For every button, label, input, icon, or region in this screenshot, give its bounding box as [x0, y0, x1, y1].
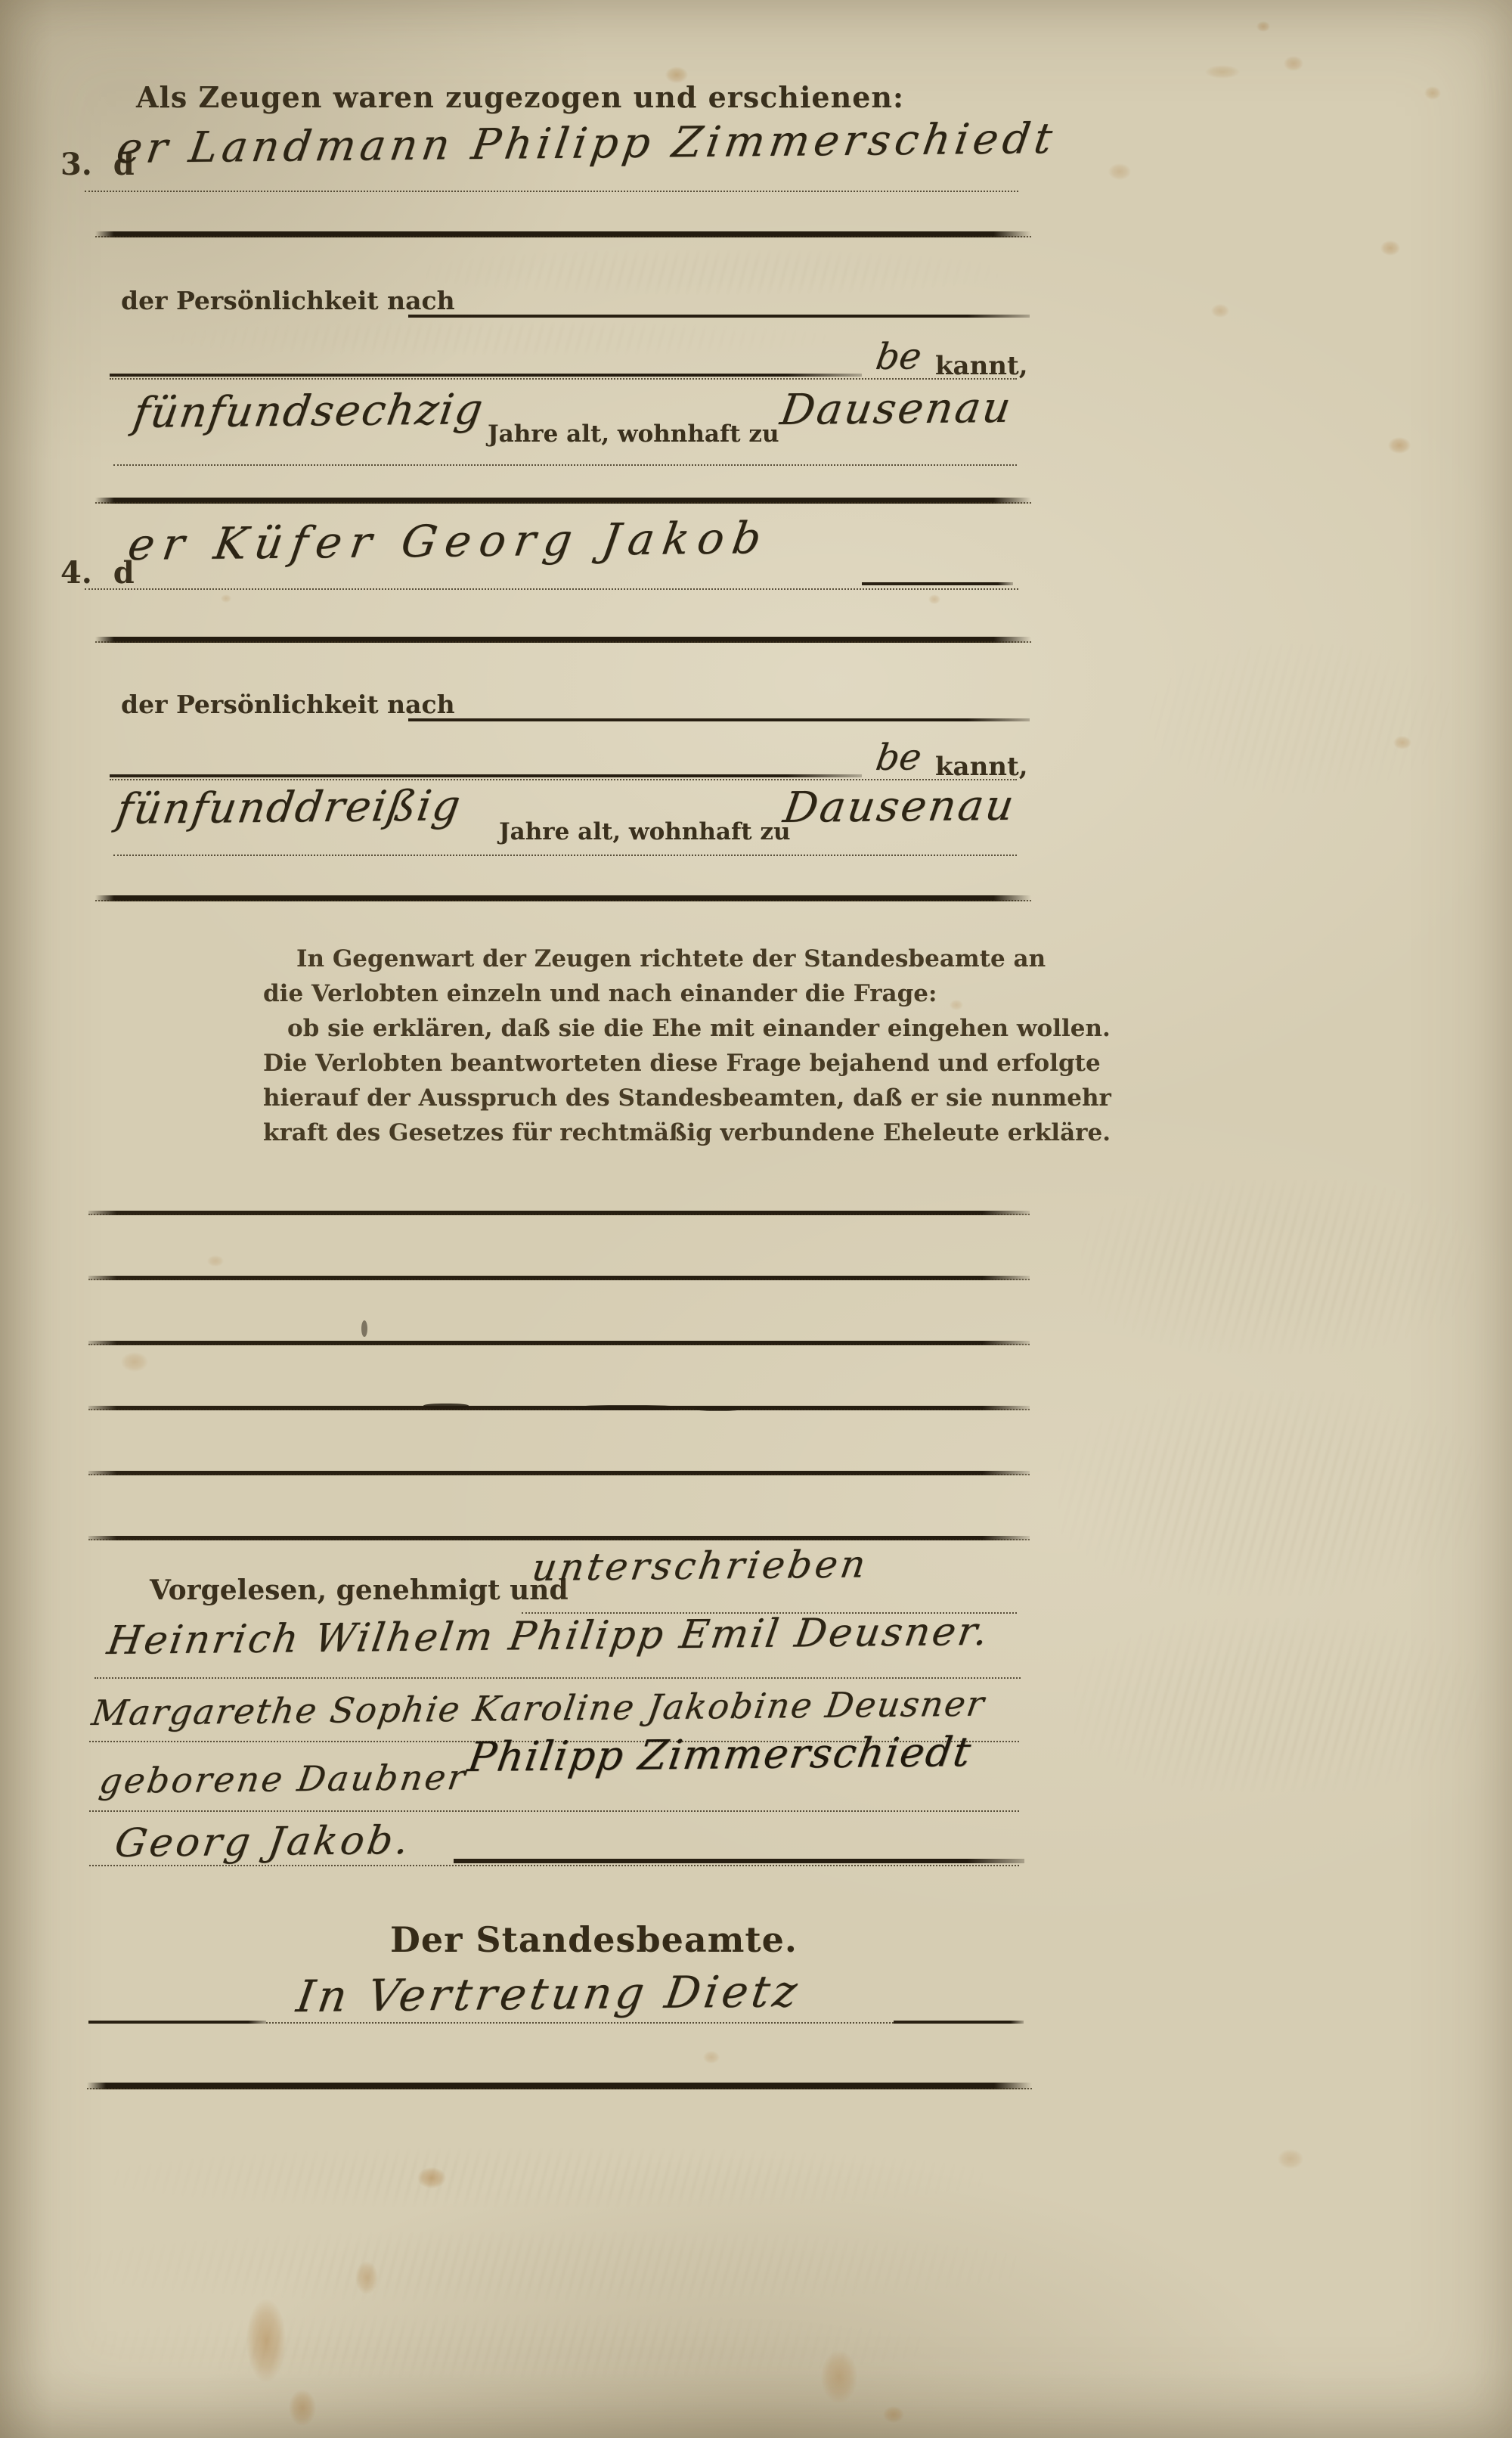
- stain: [221, 594, 231, 603]
- stain: [821, 2350, 857, 2403]
- stain: [1393, 736, 1411, 749]
- blank-rule: [862, 582, 1013, 585]
- declaration-line: hierauf der Ausspruch des Standesbeamten…: [263, 1084, 1111, 1112]
- signature-rule-solid: [88, 2021, 266, 2024]
- bleedthrough-ghost: [1074, 1618, 1482, 1792]
- blank-rule: [110, 374, 862, 377]
- declaration-line: ob sie erklären, daß sie die Ehe mit ein…: [287, 1015, 1111, 1042]
- witness-intro-heading: Als Zeugen waren zugezogen und erschiene…: [136, 80, 904, 114]
- signature-bride: Margarethe Sophie Karoline Jakobine Deus…: [89, 1683, 988, 1733]
- stain: [207, 1255, 224, 1267]
- stain: [703, 2051, 720, 2064]
- stain: [121, 1352, 148, 1372]
- witness4-identity-label: der Persönlichkeit nach: [121, 690, 455, 719]
- blank-rule: [88, 1406, 1030, 1410]
- declaration-line: die Verlobten einzeln und nach einander …: [263, 980, 937, 1007]
- bleedthrough-ghost: [91, 2314, 922, 2378]
- signature-groom: Heinrich Wilhelm Philipp Emil Deusner.: [104, 1609, 993, 1664]
- entry-rule: [85, 588, 1018, 590]
- bleedthrough-ghost: [1149, 643, 1452, 794]
- signature-bride-birthname: geborene Daubner: [97, 1757, 469, 1801]
- bottom-rule: [87, 2083, 1032, 2089]
- declaration-line: In Gegenwart der Zeugen richtete der Sta…: [296, 945, 1046, 972]
- witness3-number-text: 3.: [60, 147, 92, 182]
- section-rule: [95, 498, 1031, 504]
- witness3-name-handwritten: er Landmann Philipp Zimmerschiedt: [113, 114, 1060, 173]
- witness3-known-handwritten: be: [873, 335, 925, 378]
- registry-document-page: Als Zeugen waren zugezogen und erschiene…: [0, 0, 1512, 2438]
- witness4-known-printed: kannt,: [935, 752, 1028, 782]
- blank-rule: [110, 774, 862, 777]
- witness3-residence-handwritten: Dausenau: [777, 383, 1016, 435]
- blank-rule: [88, 1276, 1030, 1280]
- declaration-line: kraft des Gesetzes für rechtmäßig verbun…: [263, 1119, 1111, 1146]
- witness4-residence-handwritten: Dausenau: [780, 781, 1019, 833]
- witness3-age-printed: Jahre alt, wohnhaft zu: [488, 420, 779, 448]
- witness3-age-handwritten: fünfundsechzig: [130, 385, 487, 438]
- blank-rule: [88, 1471, 1030, 1475]
- stain: [289, 2390, 316, 2426]
- stain: [928, 594, 940, 604]
- stain: [1108, 163, 1131, 180]
- signature-rule: [94, 1677, 1021, 1679]
- blank-rule-dotted: [110, 378, 1017, 380]
- stain: [883, 2406, 904, 2423]
- signature-rule-solid: [894, 2021, 1024, 2024]
- witness3-known-printed: kannt,: [935, 351, 1028, 381]
- witness4-name-handwritten: er Küfer Georg Jakob: [125, 512, 773, 570]
- section-rule: [95, 895, 1031, 901]
- stain: [417, 2167, 446, 2188]
- stain: [246, 2299, 286, 2382]
- bleedthrough-ghost: [113, 2148, 983, 2208]
- stain: [1380, 240, 1400, 256]
- blank-rule: [88, 1536, 1030, 1540]
- bleedthrough-ghost: [166, 321, 832, 356]
- signature-rule-solid: [454, 1859, 1024, 1863]
- blank-rule: [88, 1341, 1030, 1345]
- blank-rule: [408, 718, 1030, 721]
- stain: [1278, 2149, 1303, 2169]
- registrar-heading: Der Standesbeamte.: [390, 1919, 798, 1960]
- entry-rule: [113, 464, 1017, 466]
- section-rule: [95, 637, 1031, 643]
- blank-rule: [88, 1211, 1030, 1215]
- stain: [1256, 21, 1270, 32]
- stain: [1205, 65, 1240, 79]
- stain: [1424, 86, 1441, 100]
- stain: [1284, 56, 1303, 71]
- entry-rule: [85, 191, 1018, 192]
- witness4-known-handwritten: be: [873, 736, 925, 779]
- signature-witness4: Georg Jakob.: [112, 1818, 414, 1866]
- registrar-signature: In Vertretung Dietz: [293, 1965, 804, 2022]
- witness4-number: 4. d: [60, 555, 135, 591]
- declaration-line: Die Verlobten beantworteten diese Frage …: [263, 1050, 1101, 1077]
- blank-rule-dotted: [110, 779, 1017, 780]
- witness4-age-handwritten: fünfunddreißig: [113, 781, 465, 834]
- witness4-number-text: 4.: [60, 555, 92, 591]
- ink-mark: [361, 1320, 367, 1337]
- stain: [1388, 437, 1411, 454]
- bleedthrough-ghost: [423, 250, 998, 295]
- witness4-age-printed: Jahre alt, wohnhaft zu: [499, 818, 791, 845]
- stain: [1211, 304, 1229, 318]
- entry-rule: [113, 855, 1017, 856]
- section-rule: [95, 231, 1031, 237]
- stain: [950, 1000, 963, 1010]
- bleedthrough-ghost: [1081, 1180, 1474, 1354]
- blank-rule: [408, 315, 1030, 318]
- signature-rule: [89, 1865, 1019, 1866]
- bleedthrough-ghost: [76, 2231, 1021, 2303]
- closing-handwritten-word: unterschrieben: [529, 1542, 871, 1590]
- witness3-identity-label: der Persönlichkeit nach: [121, 286, 455, 315]
- stain: [355, 2261, 378, 2294]
- signature-witness3: Philipp Zimmerschiedt: [465, 1728, 975, 1781]
- signature-rule-dotted: [266, 2022, 894, 2024]
- bleedthrough-ghost: [1058, 1391, 1482, 1596]
- signature-rule: [89, 1810, 1019, 1812]
- closing-printed-intro: Vorgelesen, genehmigt und: [150, 1574, 569, 1606]
